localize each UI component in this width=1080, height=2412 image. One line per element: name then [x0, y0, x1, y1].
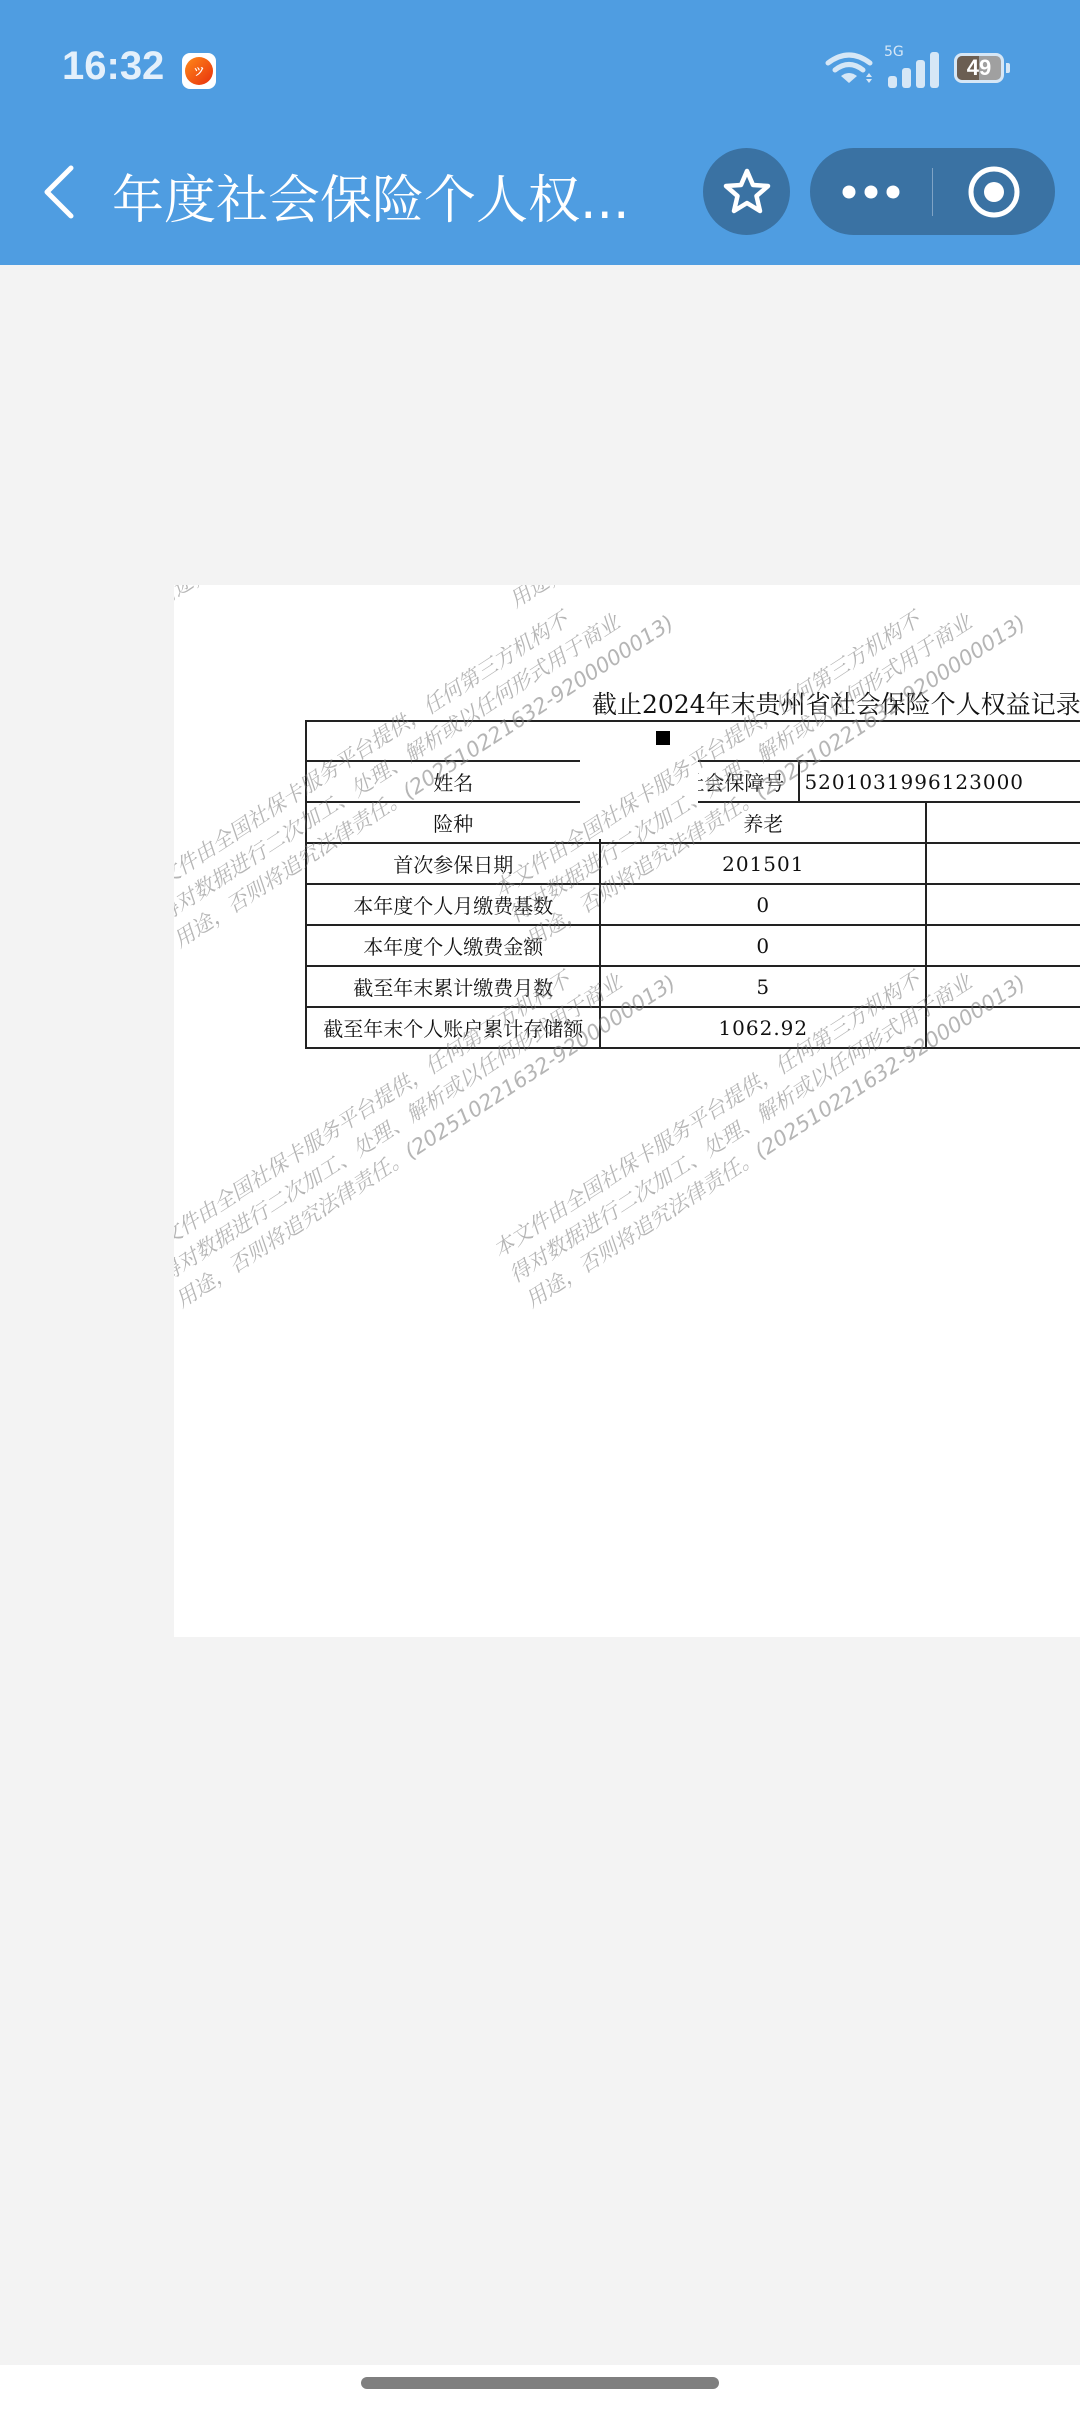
gesture-bar-area [0, 2365, 1080, 2412]
row-label: 首次参保日期 [306, 843, 600, 884]
watermark: 本文件由全国社保卡服务平台提供，任何第三方机构不得对数据进行二次加工、处理、解析… [174, 585, 660, 615]
row-extra-cell [926, 802, 1080, 843]
row-extra-cell [926, 884, 1080, 925]
network-type-label: 5G [884, 44, 904, 60]
redaction-mask [580, 755, 698, 839]
table-row: 截至年末累计缴费月数 5 [306, 966, 1080, 1007]
row-extra-cell [926, 843, 1080, 884]
favorite-button[interactable] [703, 148, 790, 235]
cellular-signal-icon: 5G [884, 48, 944, 88]
table-row: 首次参保日期 201501 [306, 843, 1080, 884]
row-extra-cell [926, 966, 1080, 1007]
row-extra-cell [926, 925, 1080, 966]
redaction-marker [656, 731, 670, 745]
home-indicator[interactable] [361, 2377, 719, 2389]
app-notification-icon: ツ [182, 53, 216, 89]
target-circle-icon [966, 164, 1022, 220]
row-extra-cell [926, 1007, 1080, 1048]
row-label: 本年度个人缴费金额 [306, 925, 600, 966]
more-dots-icon [841, 184, 901, 200]
row-value: 0 [600, 884, 926, 925]
row-label: 截至年末个人账户累计存储额 [306, 1007, 600, 1048]
back-button[interactable] [34, 160, 84, 224]
status-time: 16:32 [62, 44, 164, 89]
table-row: 本年度个人月缴费基数 0 [306, 884, 1080, 925]
star-icon [722, 167, 772, 217]
battery-level: 49 [967, 55, 991, 81]
row-value: 0 [600, 925, 926, 966]
more-button[interactable] [810, 148, 932, 235]
document-page: 截止2024年末贵州省社会保险个人权益记录单 姓名 社会保障号 52010319… [174, 585, 1080, 1637]
watermark: 本文件由全国社保卡服务平台提供，任何第三方机构不得对数据进行二次加工、处理、解析… [471, 585, 1016, 615]
top-bar: 16:32 ツ 5G 49 年度社会保险个人权... [0, 0, 1080, 265]
table-row: 截至年末个人账户累计存储额 1062.92 [306, 1007, 1080, 1048]
table-row: 本年度个人缴费金额 0 [306, 925, 1080, 966]
document-viewer[interactable]: 截止2024年末贵州省社会保险个人权益记录单 姓名 社会保障号 52010319… [0, 265, 1080, 2365]
status-icons: 5G 49 [824, 48, 1010, 88]
chevron-left-icon [41, 164, 77, 220]
page-title: 年度社会保险个人权... [112, 158, 630, 233]
row-label: 本年度个人月缴费基数 [306, 884, 600, 925]
mini-program-capsule [810, 148, 1055, 235]
row-value: 1062.92 [600, 1007, 926, 1048]
wifi-icon [824, 51, 874, 85]
close-miniprogram-button[interactable] [933, 148, 1055, 235]
row-value: 201501 [600, 843, 926, 884]
document-title: 截止2024年末贵州省社会保险个人权益记录单 [592, 685, 1080, 721]
row-label: 险种 [306, 802, 600, 843]
row-value: 5 [600, 966, 926, 1007]
row-label: 截至年末累计缴费月数 [306, 966, 600, 1007]
name-label: 姓名 [306, 761, 600, 802]
battery-icon: 49 [954, 53, 1004, 83]
ssn-value: 5201031996123000 [799, 761, 1080, 802]
battery-tip [1006, 63, 1010, 73]
